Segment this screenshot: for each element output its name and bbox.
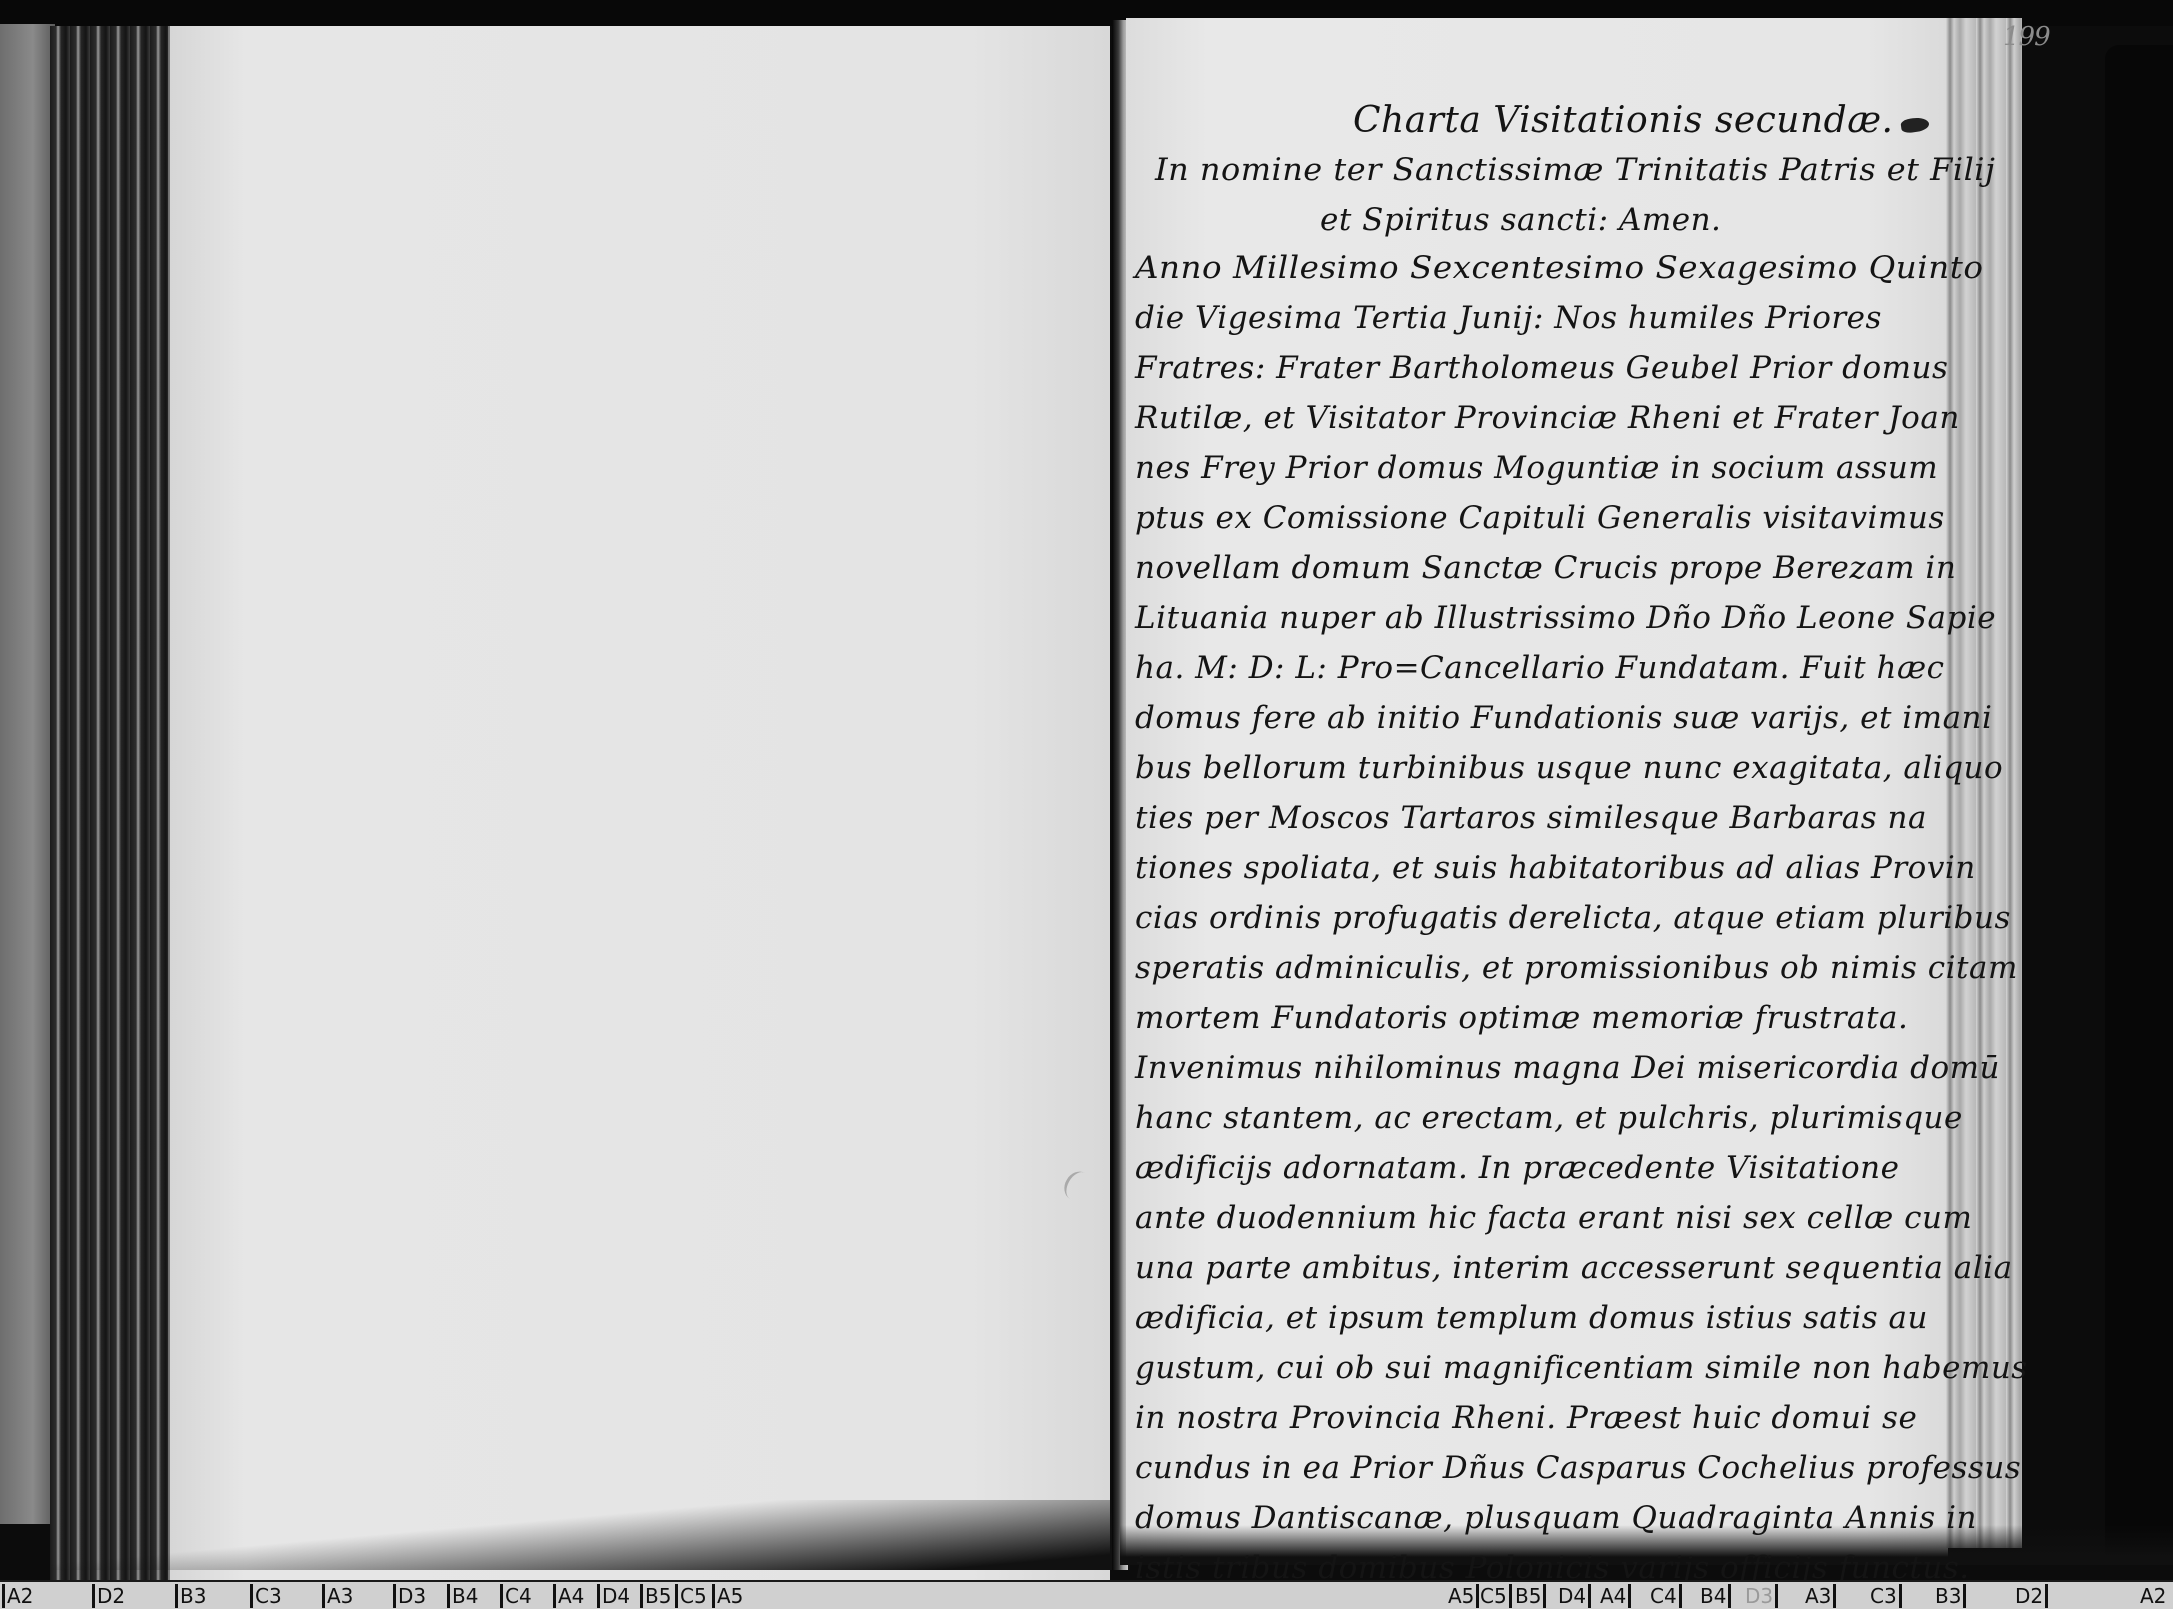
manuscript-line: et Spiritus sancti: Amen. bbox=[1320, 202, 1721, 238]
ref-label: A4 bbox=[1600, 1584, 1631, 1608]
manuscript-title: Charta Visitationis secundæ. bbox=[1353, 100, 1893, 141]
ref-label: B5 bbox=[640, 1584, 671, 1608]
ref-label: C5 bbox=[675, 1584, 707, 1608]
manuscript-line: hanc stantem, ac erectam, et pulchris, p… bbox=[1135, 1100, 1963, 1136]
manuscript-line: ha. M: D: L: Pro=Cancellario Fundatam. F… bbox=[1135, 650, 1944, 686]
ref-label: C4 bbox=[1650, 1584, 1682, 1608]
manuscript-line: Anno Millesimo Sexcentesimo Sexagesimo Q… bbox=[1135, 250, 1983, 286]
manuscript-line: in nostra Provincia Rheni. Præest huic d… bbox=[1135, 1400, 1917, 1436]
ref-label: D3 bbox=[1745, 1584, 1778, 1608]
page-smudge bbox=[1059, 1167, 1096, 1205]
ref-label: D2 bbox=[92, 1584, 125, 1608]
manuscript-line: mortem Fundatoris optimæ memoriæ frustra… bbox=[1135, 1000, 1908, 1036]
manuscript-line: Rutilæ, et Visitator Provinciæ Rheni et … bbox=[1135, 400, 1960, 436]
manuscript-line: ties per Moscos Tartaros similesque Barb… bbox=[1135, 800, 1927, 836]
ref-label: C5 bbox=[1480, 1584, 1512, 1608]
manuscript-line: bus bellorum turbinibus usque nunc exagi… bbox=[1135, 750, 2003, 786]
manuscript-line: Fratres: Frater Bartholomeus Geubel Prio… bbox=[1135, 350, 1948, 386]
microfilm-reference-strip: A2 D2 B3 C3 A3 D3 B4 C4 A4 D4 B5 C5 A5 A… bbox=[0, 1580, 2173, 1609]
ref-label: C4 bbox=[500, 1584, 532, 1608]
left-bottom-shadow bbox=[0, 1500, 1130, 1570]
left-page-stack bbox=[50, 26, 170, 1586]
manuscript-line: domus fere ab initio Fundationis suæ var… bbox=[1135, 700, 1992, 736]
manuscript-line: tiones spoliata, et suis habitatoribus a… bbox=[1135, 850, 1976, 886]
manuscript-line: ptus ex Comissione Capituli Generalis vi… bbox=[1135, 500, 1945, 536]
manuscript-line: cias ordinis profugatis derelicta, atque… bbox=[1135, 900, 2011, 936]
ref-label: D2 bbox=[2015, 1584, 2048, 1608]
manuscript-line: ante duodennium hic facta erant nisi sex… bbox=[1135, 1200, 1972, 1236]
ref-label: D4 bbox=[1558, 1584, 1591, 1608]
manuscript-line: domus Dantiscanæ, plusquam Quadraginta A… bbox=[1135, 1500, 1977, 1536]
right-cover-edge bbox=[2105, 45, 2173, 1555]
ref-label: B3 bbox=[175, 1584, 206, 1608]
ref-label: B4 bbox=[447, 1584, 478, 1608]
ref-label: C3 bbox=[250, 1584, 282, 1608]
manuscript-line: ædificia, et ipsum templum domus istius … bbox=[1135, 1300, 1928, 1336]
manuscript-line: gustum, cui ob sui magnificentiam simile… bbox=[1135, 1350, 2028, 1386]
manuscript-line: novellam domum Sanctæ Crucis prope Berez… bbox=[1135, 550, 1956, 586]
ref-label: C3 bbox=[1870, 1584, 1902, 1608]
ref-label: B5 bbox=[1515, 1584, 1546, 1608]
ref-label: A3 bbox=[1805, 1584, 1836, 1608]
manuscript-line: cundus in ea Prior Dñus Casparus Cocheli… bbox=[1135, 1450, 2021, 1486]
manuscript-line: una parte ambitus, interim accesserunt s… bbox=[1135, 1250, 2013, 1286]
manuscript-line: In nomine ter Sanctissimæ Trinitatis Pat… bbox=[1155, 152, 1995, 188]
ref-label: D3 bbox=[393, 1584, 426, 1608]
left-page-blank bbox=[170, 26, 1110, 1586]
ref-label: B3 bbox=[1935, 1584, 1966, 1608]
manuscript-line: ædificijs adornatam. In præcedente Visit… bbox=[1135, 1150, 1900, 1186]
folio-number: 199 bbox=[2003, 22, 2050, 52]
left-cover-edge bbox=[0, 24, 55, 1524]
manuscript-line: speratis adminiculis, et promissionibus … bbox=[1135, 950, 2018, 986]
ref-label: D4 bbox=[597, 1584, 630, 1608]
ref-label: B4 bbox=[1700, 1584, 1731, 1608]
ref-label: A2 bbox=[2, 1584, 33, 1608]
ref-label: A4 bbox=[553, 1584, 584, 1608]
manuscript-line: Lituania nuper ab Illustrissimo Dño Dño … bbox=[1135, 600, 1996, 636]
manuscript-line: Invenimus nihilominus magna Dei miserico… bbox=[1135, 1050, 2000, 1086]
ref-label: A3 bbox=[322, 1584, 353, 1608]
ref-label: A2 bbox=[2140, 1584, 2166, 1608]
ref-label: A5 bbox=[1448, 1584, 1479, 1608]
ref-label: A5 bbox=[712, 1584, 743, 1608]
manuscript-line: nes Frey Prior domus Moguntiæ in socium … bbox=[1135, 450, 1938, 486]
manuscript-line: die Vigesima Tertia Junij: Nos humiles P… bbox=[1135, 300, 1882, 336]
